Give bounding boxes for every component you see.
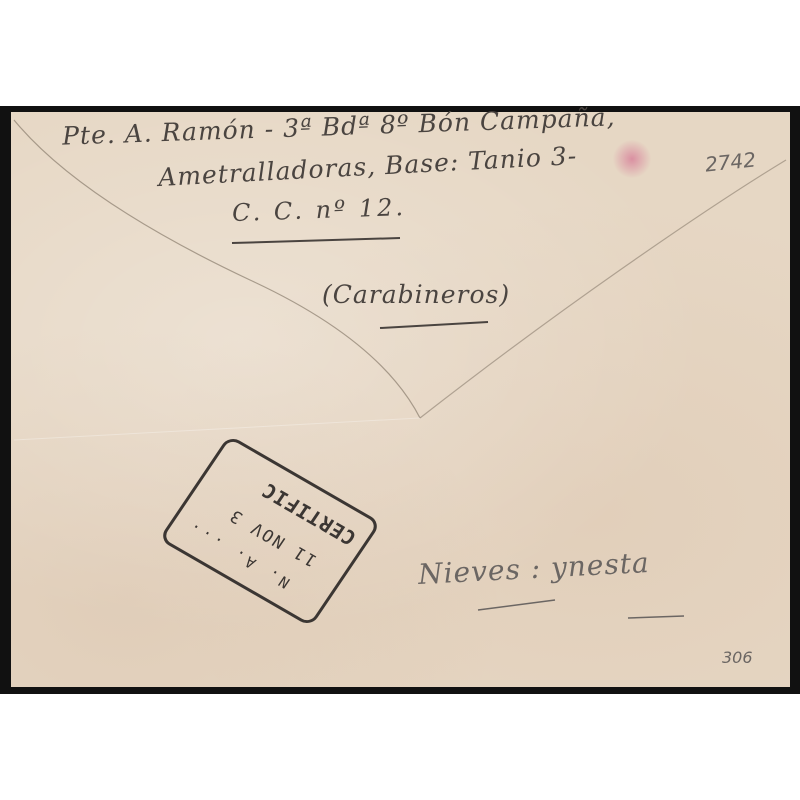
pencil-number-bottom: 306 xyxy=(722,648,753,667)
pink-ink-mark xyxy=(612,140,652,178)
sender-unit-label: (Carabineros) xyxy=(322,280,510,309)
